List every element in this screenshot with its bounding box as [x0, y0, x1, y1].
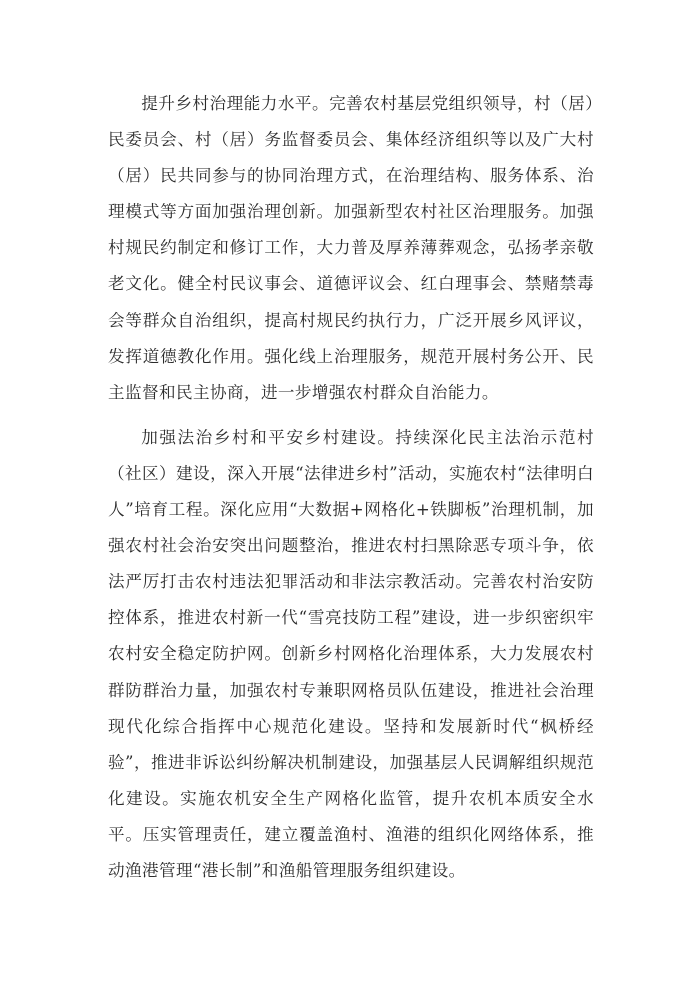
document-page: 提升乡村治理能力水平。完善农村基层党组织领导，村（居）民委员会、村（居）务监督委… [108, 86, 594, 889]
paragraph-rule-of-law-safety: 加强法治乡村和平安乡村建设。持续深化民主法治示范村（社区）建设，深入开展“法律进… [108, 420, 594, 889]
paragraph-rural-governance: 提升乡村治理能力水平。完善农村基层党组织领导，村（居）民委员会、村（居）务监督委… [108, 86, 594, 411]
